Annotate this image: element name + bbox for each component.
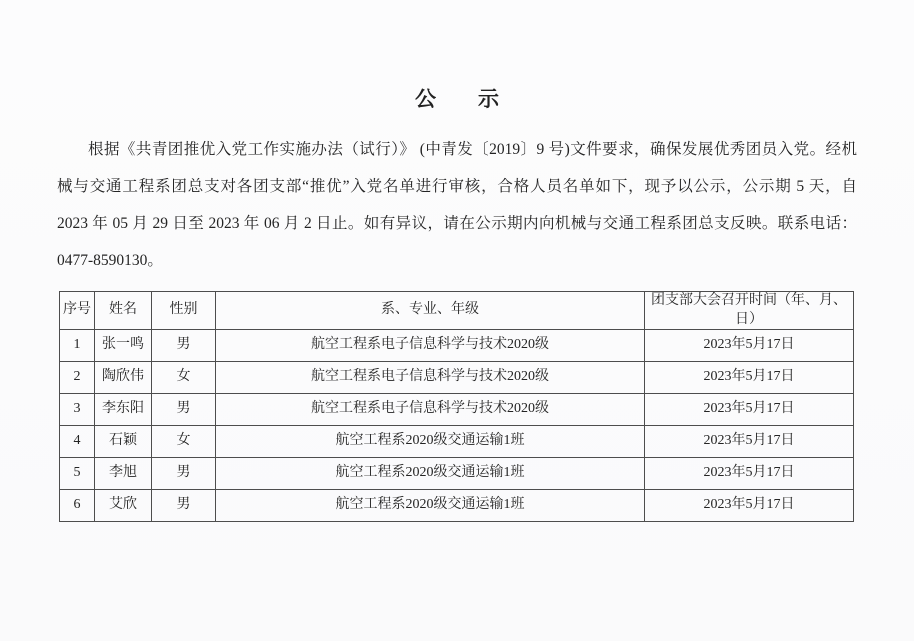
scanned-notice-page: 公 示 根据《共青团推优入党工作实施办法（试行）》 (中青发〔2019〕9 号)…: [0, 0, 914, 641]
header-gender: 性别: [152, 292, 216, 330]
table-row: 3 李东阳 男 航空工程系电子信息科学与技术2020级 2023年5月17日: [60, 394, 854, 426]
paragraph-line: 0477-8590130。: [57, 242, 857, 279]
gender-cell: 男: [152, 458, 216, 490]
gender-cell: 男: [152, 490, 216, 522]
major-cell: 航空工程系2020级交通运输1班: [216, 426, 645, 458]
name-cell: 陶欣伟: [95, 362, 152, 394]
table-row: 1 张一鸣 男 航空工程系电子信息科学与技术2020级 2023年5月17日: [60, 330, 854, 362]
gender-cell: 男: [152, 394, 216, 426]
header-serial: 序号: [60, 292, 95, 330]
name-cell: 艾欣: [95, 490, 152, 522]
paragraph-line: 2023 年 05 月 29 日至 2023 年 06 月 2 日止。如有异议，…: [57, 205, 857, 242]
major-cell: 航空工程系电子信息科学与技术2020级: [216, 330, 645, 362]
major-cell: 航空工程系电子信息科学与技术2020级: [216, 394, 645, 426]
notice-paragraph: 根据《共青团推优入党工作实施办法（试行）》 (中青发〔2019〕9 号)文件要求…: [57, 131, 857, 279]
serial-cell: 4: [60, 426, 95, 458]
notice-title: 公 示: [0, 83, 914, 113]
name-cell: 石颖: [95, 426, 152, 458]
paragraph-line: 根据《共青团推优入党工作实施办法（试行）》 (中青发〔2019〕9 号)文件要求…: [57, 131, 857, 168]
serial-cell: 2: [60, 362, 95, 394]
serial-cell: 5: [60, 458, 95, 490]
meeting-date-cell: 2023年5月17日: [645, 330, 854, 362]
header-name: 姓名: [95, 292, 152, 330]
announcement-table: 序号 姓名 性别 系、专业、年级 团支部大会召开时间（年、月、日） 1 张一鸣 …: [59, 291, 854, 522]
paragraph-line: 械与交通工程系团总支对各团支部“推优”入党名单进行审核，合格人员名单如下，现予以…: [57, 168, 857, 205]
meeting-date-cell: 2023年5月17日: [645, 394, 854, 426]
name-cell: 李旭: [95, 458, 152, 490]
table-row: 4 石颖 女 航空工程系2020级交通运输1班 2023年5月17日: [60, 426, 854, 458]
serial-cell: 1: [60, 330, 95, 362]
name-cell: 李东阳: [95, 394, 152, 426]
table-header-row: 序号 姓名 性别 系、专业、年级 团支部大会召开时间（年、月、日）: [60, 292, 854, 330]
gender-cell: 女: [152, 426, 216, 458]
header-meeting-date: 团支部大会召开时间（年、月、日）: [645, 292, 854, 330]
serial-cell: 6: [60, 490, 95, 522]
table-row: 5 李旭 男 航空工程系2020级交通运输1班 2023年5月17日: [60, 458, 854, 490]
meeting-date-cell: 2023年5月17日: [645, 362, 854, 394]
table-row: 2 陶欣伟 女 航空工程系电子信息科学与技术2020级 2023年5月17日: [60, 362, 854, 394]
major-cell: 航空工程系电子信息科学与技术2020级: [216, 362, 645, 394]
gender-cell: 男: [152, 330, 216, 362]
header-major: 系、专业、年级: [216, 292, 645, 330]
major-cell: 航空工程系2020级交通运输1班: [216, 490, 645, 522]
meeting-date-cell: 2023年5月17日: [645, 458, 854, 490]
table-row: 6 艾欣 男 航空工程系2020级交通运输1班 2023年5月17日: [60, 490, 854, 522]
meeting-date-cell: 2023年5月17日: [645, 490, 854, 522]
name-cell: 张一鸣: [95, 330, 152, 362]
gender-cell: 女: [152, 362, 216, 394]
meeting-date-cell: 2023年5月17日: [645, 426, 854, 458]
major-cell: 航空工程系2020级交通运输1班: [216, 458, 645, 490]
serial-cell: 3: [60, 394, 95, 426]
